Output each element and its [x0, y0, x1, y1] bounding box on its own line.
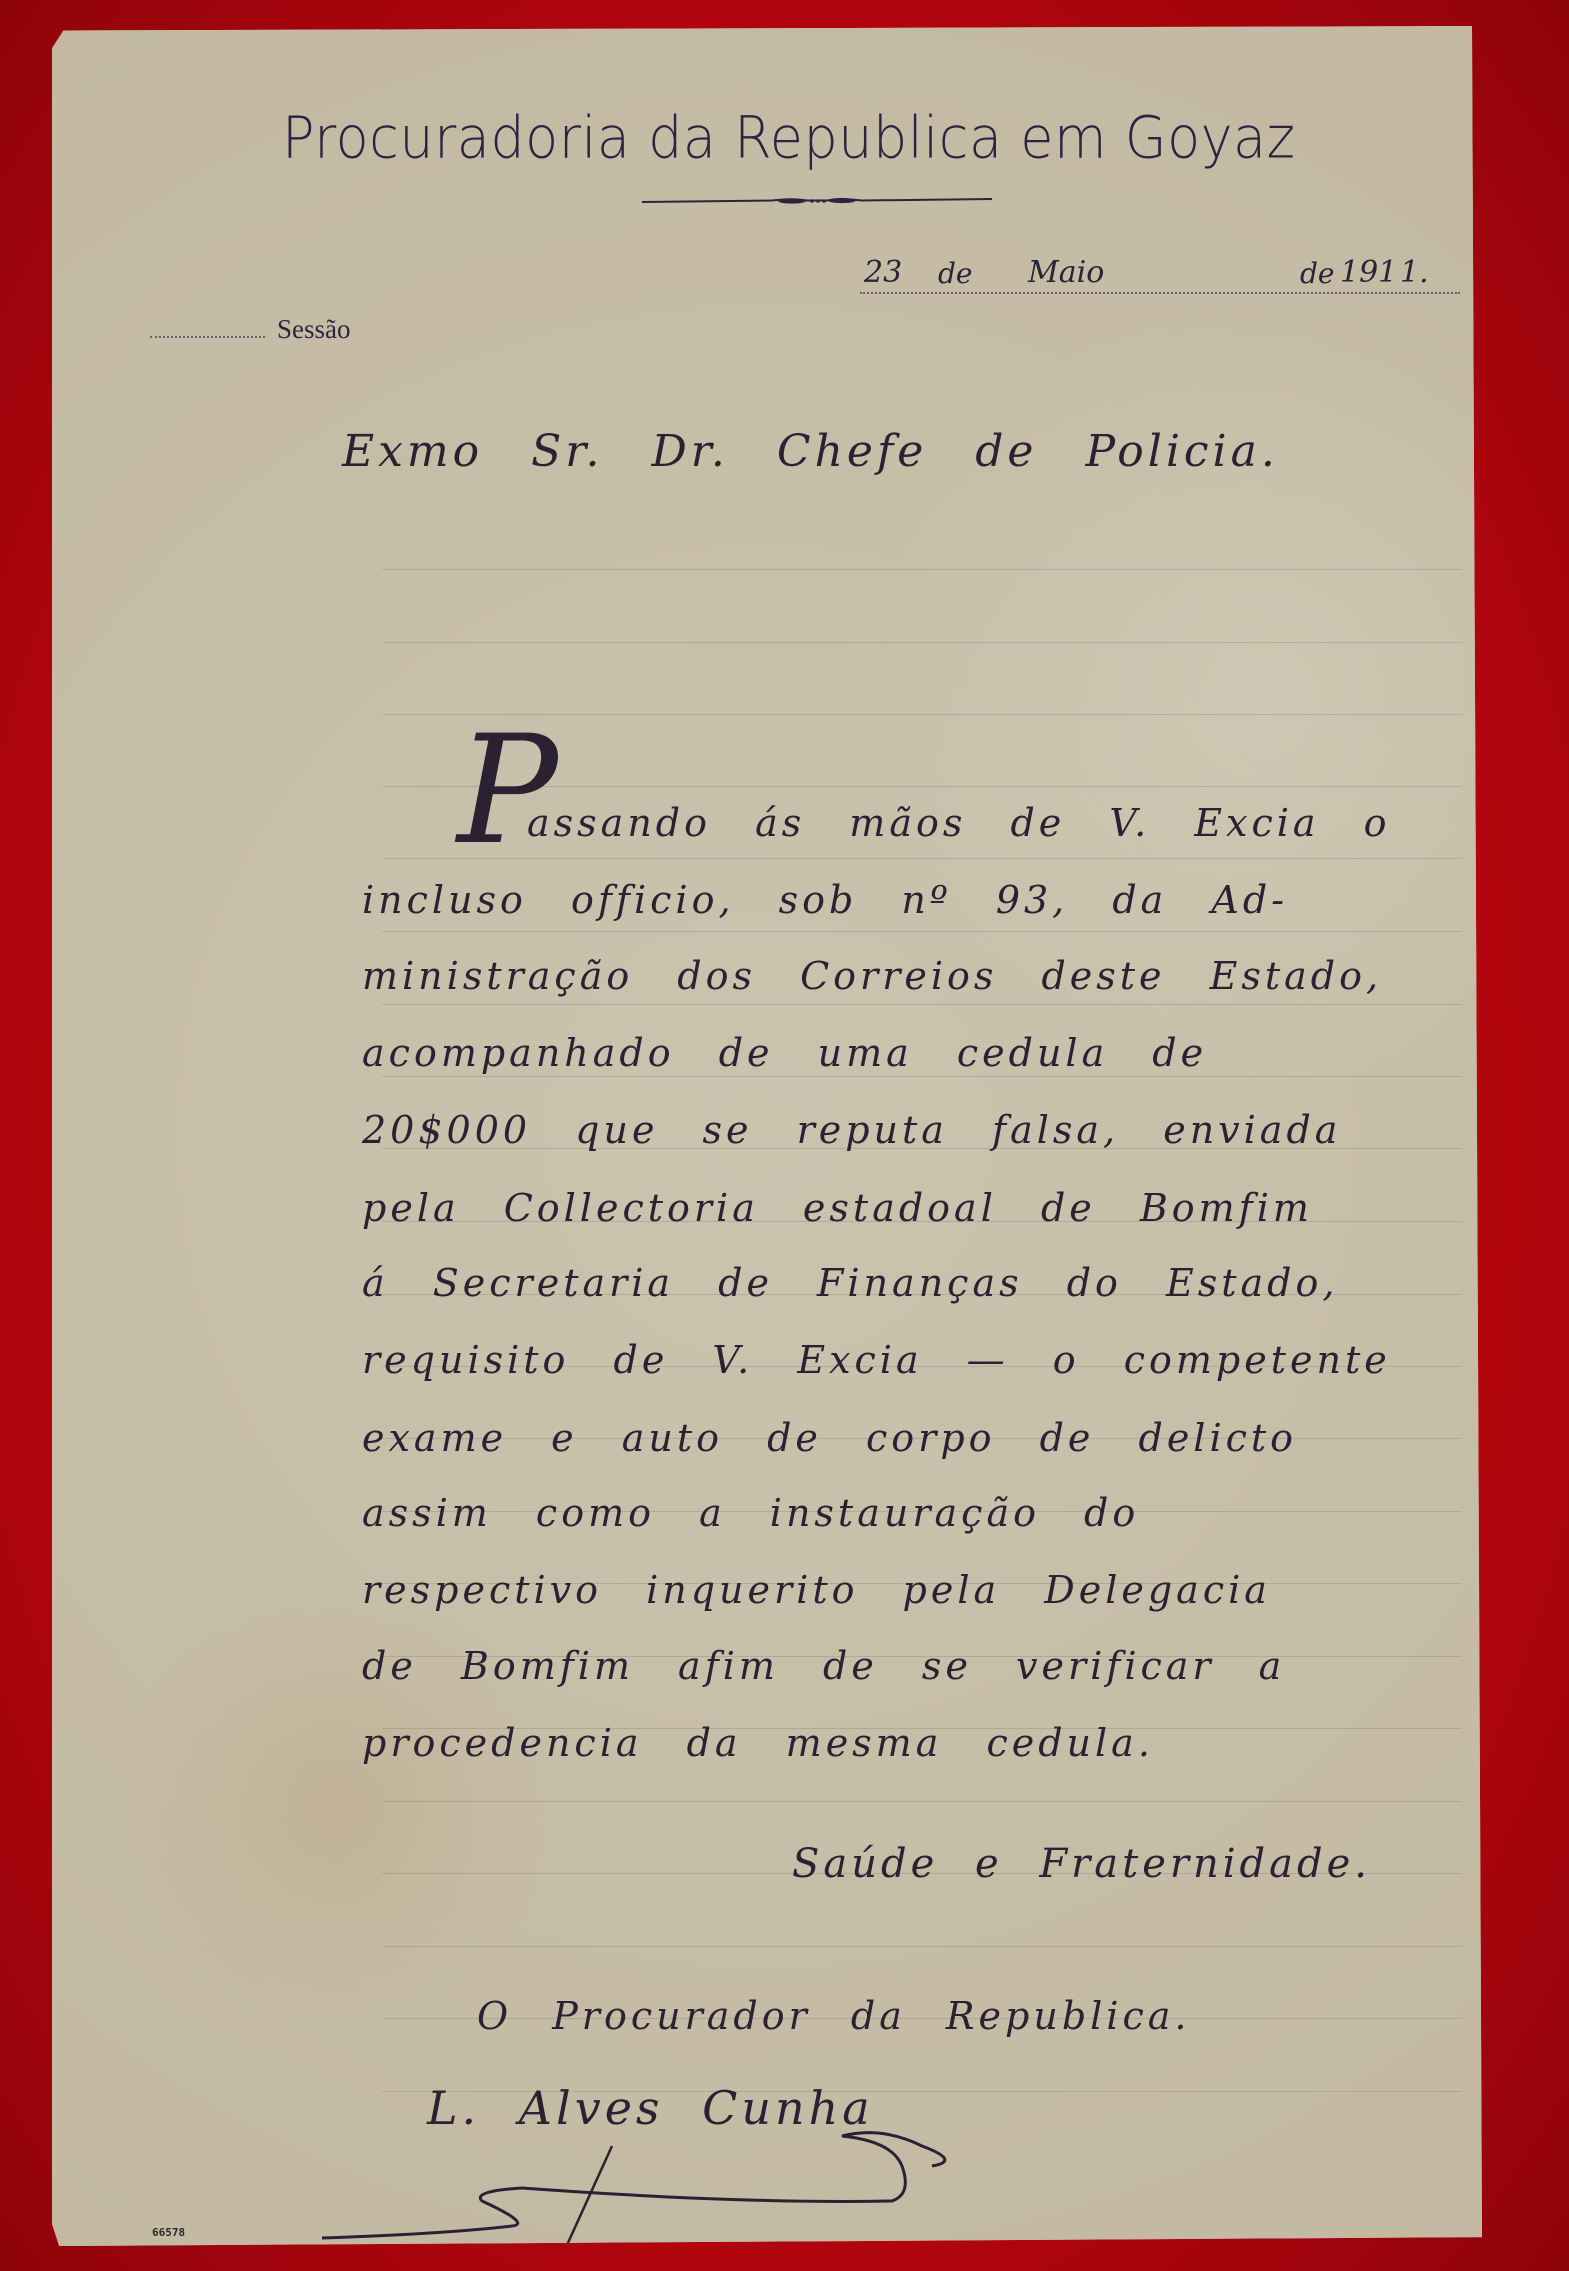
date-day: 23: [864, 255, 902, 290]
signatory-title: O Procurador da Republica.: [477, 1994, 1190, 2038]
letter-line: á Secretaria de Finanças do Estado,: [362, 1261, 1338, 1305]
ruled-line: [382, 931, 1462, 932]
letter-line: incluso officio, sob nº 93, da Ad-: [362, 878, 1288, 922]
letter-line: pela Collectoria estadoal de Bomfim: [362, 1186, 1313, 1230]
ruled-line: [382, 569, 1462, 570]
ornamental-rule-icon: [642, 196, 992, 206]
salutation: Exmo Sr. Dr. Chefe de Policia.: [342, 426, 1279, 477]
ruled-line: [382, 1004, 1462, 1005]
letter-line: procedencia da mesma cedula.: [362, 1721, 1154, 1765]
ruled-line: [382, 642, 1462, 643]
session-label: Sessão: [277, 314, 351, 345]
letter-line: respectivo inquerito pela Delegacia: [362, 1568, 1271, 1612]
date-line: 23 de Maio de 191 1.: [860, 252, 1460, 294]
date-year-printed: 191: [1340, 255, 1397, 290]
date-sep-2: de: [1300, 257, 1335, 290]
ruled-line: [382, 1801, 1462, 1802]
signature-flourish-icon: [322, 2106, 1042, 2256]
letter-line: acompanhado de uma cedula de: [362, 1031, 1207, 1075]
letter-line: 20$000 que se reputa falsa, enviada: [362, 1108, 1341, 1152]
letter-line: assando ás mãos de V. Excia o: [527, 801, 1391, 845]
date-sep-1: de: [938, 257, 973, 290]
letter-line: ministração dos Correios deste Estado,: [362, 954, 1382, 998]
letter-line: assim como a instauração do: [362, 1491, 1139, 1535]
letter-line: requisito de V. Excia — o competente: [362, 1338, 1391, 1382]
date-year-handwritten: 1.: [1400, 255, 1429, 290]
print-code: 66578: [152, 2226, 185, 2239]
letterhead-title: Procuradoria da Republica em Goyaz: [282, 103, 1382, 171]
letter-line: de Bomfim afim de se verificar a: [362, 1644, 1285, 1688]
ruled-line: [382, 1946, 1462, 1947]
date-month: Maio: [1028, 255, 1104, 290]
ruled-line: [382, 1076, 1462, 1077]
session-field: Sessão: [150, 314, 351, 345]
letter-sheet: Procuradoria da Republica em Goyaz Sessã…: [52, 26, 1482, 2246]
letter-line: exame e auto de corpo de delicto: [362, 1416, 1297, 1460]
session-dotted-line: [150, 335, 265, 338]
closing-phrase: Saúde e Fraternidade.: [792, 1841, 1371, 1887]
